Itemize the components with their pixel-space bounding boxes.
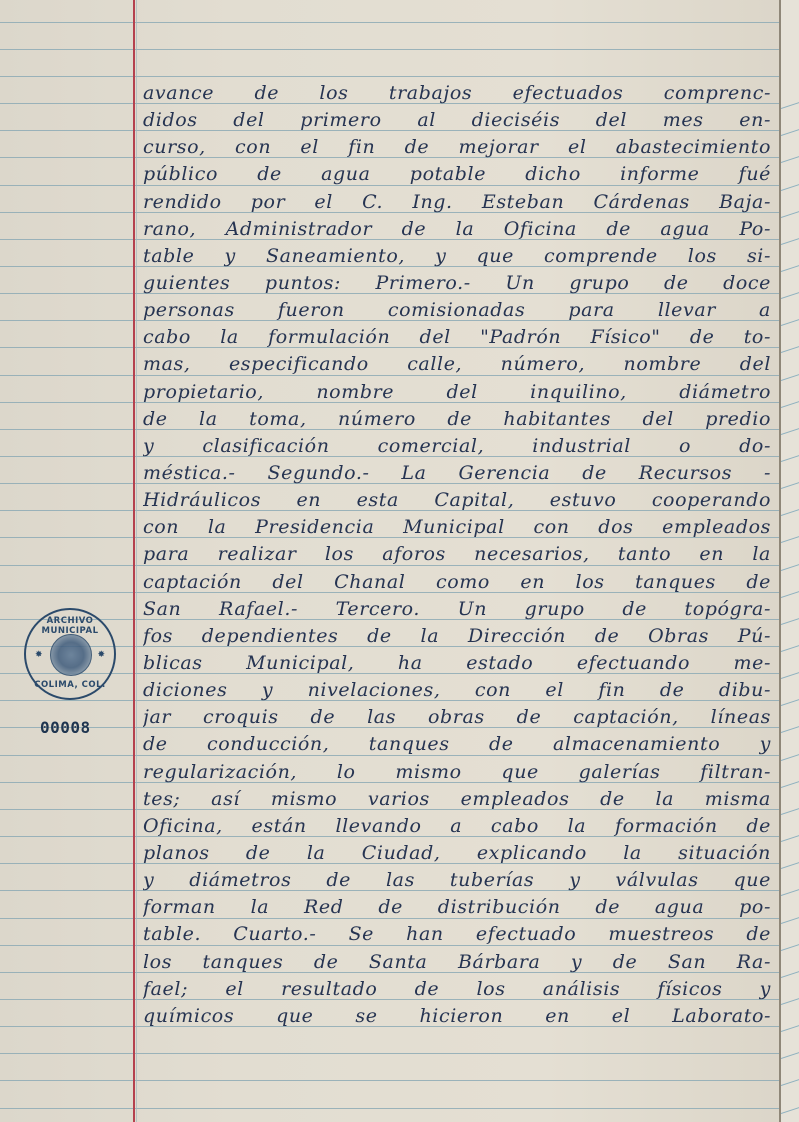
- text-line: los tanques de Santa Bárbara y de San Ra…: [143, 949, 771, 976]
- text-line: mas, especificando calle, número, nombre…: [143, 351, 771, 378]
- text-line: fos dependientes de la Dirección de Obra…: [143, 623, 771, 650]
- text-line: San Rafael.- Tercero. Un grupo de topógr…: [143, 596, 771, 623]
- ruled-line: [781, 479, 799, 489]
- ruled-line: [781, 696, 799, 706]
- ruled-line: [781, 506, 799, 516]
- ruled-line: [781, 235, 799, 245]
- text-line: personas fueron comisionadas para llevar…: [143, 297, 771, 324]
- ruled-line: [781, 995, 799, 1005]
- text-line: regularización, lo mismo que galerías fi…: [143, 759, 771, 786]
- text-line: Oficina, están llevando a cabo la formac…: [143, 813, 771, 840]
- adjacent-page-edge: [779, 0, 799, 1122]
- ruled-line: [781, 859, 799, 869]
- ruled-line: [781, 343, 799, 353]
- ruled-line: [781, 289, 799, 299]
- star-icon: ✸: [35, 650, 43, 660]
- text-line: méstica.- Segundo.- La Gerencia de Recur…: [143, 460, 771, 487]
- ruled-line: [781, 316, 799, 326]
- text-line: rano, Administrador de la Oficina de agu…: [143, 216, 771, 243]
- ruled-line: [781, 99, 799, 109]
- text-line: propietario, nombre del inquilino, diáme…: [143, 379, 771, 406]
- text-line: captación del Chanal como en los tanques…: [143, 569, 771, 596]
- text-line: didos del primero al dieciséis del mes e…: [143, 107, 771, 134]
- text-line: cabo la formulación del "Padrón Físico" …: [143, 324, 771, 351]
- ruled-line: [781, 913, 799, 923]
- ruled-line: [781, 832, 799, 842]
- text-line: y clasificación comercial, industrial o …: [143, 433, 771, 460]
- ruled-line: [781, 615, 799, 625]
- ruled-line: [781, 180, 799, 190]
- ruled-line: [781, 1103, 799, 1113]
- ruled-line: [781, 1049, 799, 1059]
- text-line: curso, con el fin de mejorar el abasteci…: [143, 134, 771, 161]
- ruled-line: [781, 153, 799, 163]
- text-line: table. Cuarto.- Se han efectuado muestre…: [143, 921, 771, 948]
- ruled-line: [0, 1080, 779, 1081]
- ruled-line: [781, 207, 799, 217]
- ruled-line: [781, 425, 799, 435]
- text-line: químicos que se hicieron en el Laborato-: [143, 1003, 771, 1030]
- ruled-line: [781, 777, 799, 787]
- handwritten-body: avance de los trabajos efectuados compre…: [143, 80, 771, 1030]
- text-line: fael; el resultado de los análisis físic…: [143, 976, 771, 1003]
- text-line: público de agua potable dicho informe fu…: [143, 161, 771, 188]
- ruled-line: [781, 1076, 799, 1086]
- text-line: tes; así mismo varios empleados de la mi…: [143, 786, 771, 813]
- folio-number: 00008: [40, 718, 91, 737]
- ruled-line: [0, 49, 779, 50]
- text-line: con la Presidencia Municipal con dos emp…: [143, 514, 771, 541]
- ruled-line: [0, 76, 779, 77]
- ruled-line: [781, 452, 799, 462]
- coat-of-arms-icon: [50, 634, 92, 676]
- ruled-line: [781, 968, 799, 978]
- text-line: para realizar los aforos necesarios, tan…: [143, 541, 771, 568]
- stamp-top-text: ARCHIVO MUNICIPAL: [26, 616, 114, 636]
- ruled-line: [781, 533, 799, 543]
- margin-rule-secondary: [136, 0, 137, 1122]
- text-line: de conducción, tanques de almacenamiento…: [143, 731, 771, 758]
- text-line: Hidráulicos en esta Capital, estuvo coop…: [143, 487, 771, 514]
- text-line: planos de la Ciudad, explicando la situa…: [143, 840, 771, 867]
- ledger-page: ARCHIVO MUNICIPAL ✸ ✸ COLIMA, COL. 00008…: [0, 0, 779, 1122]
- archive-stamp: ARCHIVO MUNICIPAL ✸ ✸ COLIMA, COL.: [24, 608, 116, 700]
- margin-rule: [133, 0, 135, 1122]
- ruled-line: [781, 642, 799, 652]
- ruled-line: [781, 560, 799, 570]
- text-line: de la toma, número de habitantes del pre…: [143, 406, 771, 433]
- text-line: rendido por el C. Ing. Esteban Cárdenas …: [143, 189, 771, 216]
- ruled-line: [781, 805, 799, 815]
- text-line: table y Saneamiento, y que comprende los…: [143, 243, 771, 270]
- text-line: y diámetros de las tuberías y válvulas q…: [143, 867, 771, 894]
- stamp-bottom-text: COLIMA, COL.: [26, 680, 114, 690]
- text-line: blicas Municipal, ha estado efectuando m…: [143, 650, 771, 677]
- ruled-line: [781, 669, 799, 679]
- ruled-line: [781, 750, 799, 760]
- text-line: diciones y nivelaciones, con el fin de d…: [143, 677, 771, 704]
- star-icon: ✸: [97, 650, 105, 660]
- ruled-line: [781, 126, 799, 136]
- ruled-line: [781, 370, 799, 380]
- ruled-line: [781, 886, 799, 896]
- ruled-line: [0, 1108, 779, 1109]
- text-line: guientes puntos: Primero.- Un grupo de d…: [143, 270, 771, 297]
- text-line: avance de los trabajos efectuados compre…: [143, 80, 771, 107]
- ruled-line: [0, 1053, 779, 1054]
- ruled-line: [781, 397, 799, 407]
- ruled-line: [0, 22, 779, 23]
- ruled-line: [781, 940, 799, 950]
- ruled-line: [781, 262, 799, 272]
- ruled-line: [781, 1022, 799, 1032]
- text-line: forman la Red de distribución de agua po…: [143, 894, 771, 921]
- text-line: jar croquis de las obras de captación, l…: [143, 704, 771, 731]
- ruled-line: [781, 587, 799, 597]
- ruled-line: [781, 723, 799, 733]
